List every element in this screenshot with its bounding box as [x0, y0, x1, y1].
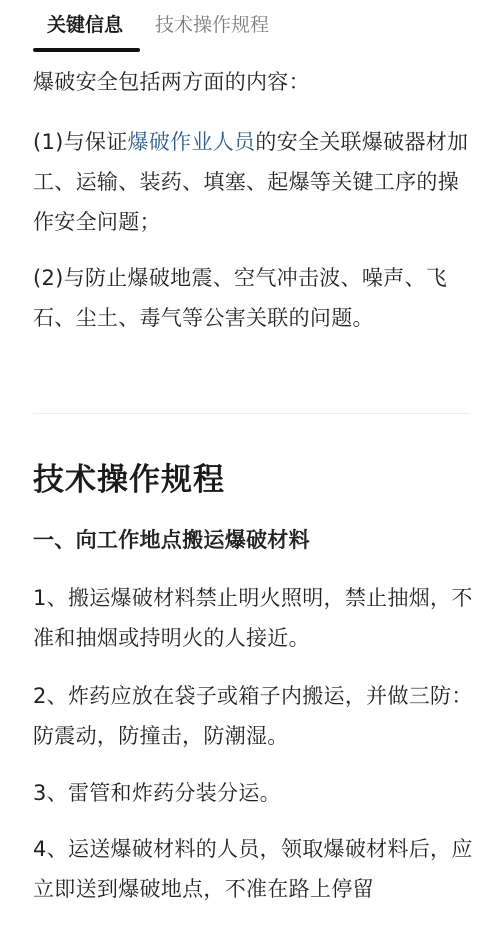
- key-info-item-1: (1)与保证爆破作业人员的安全关联爆破器材加工、运输、装药、填塞、起爆等关键工序…: [33, 122, 473, 242]
- tab-bar: 关键信息 技术操作规程: [0, 0, 500, 52]
- procedure-item-2: 2、炸药应放在袋子或箱子内搬运，并做三防：防震动，防撞击，防潮湿。: [33, 676, 473, 756]
- active-tab-indicator: [33, 48, 140, 52]
- section-divider: [33, 413, 470, 414]
- procedure-item-3: 3、雷管和炸药分装分运。: [33, 773, 473, 813]
- intro-text: 爆破安全包括两方面的内容：: [33, 62, 473, 102]
- key-info-item-2: (2)与防止爆破地震、空气冲击波、噪声、飞石、尘土、毒气等公害关联的问题。: [33, 258, 473, 338]
- section-title-procedures: 技术操作规程: [33, 458, 225, 502]
- tab-key-info[interactable]: 关键信息: [47, 12, 123, 38]
- procedure-item-4: 4、运送爆破材料的人员，领取爆破材料后，应立即送到爆破地点，不准在路上停留: [33, 829, 473, 909]
- section1-heading: 一、向工作地点搬运爆破材料: [33, 520, 310, 560]
- procedure-item-1: 1、搬运爆破材料禁止明火照明，禁止抽烟，不准和抽烟或持明火的人接近。: [33, 578, 473, 658]
- tab-technical-procedures[interactable]: 技术操作规程: [155, 12, 269, 38]
- blasting-personnel-link[interactable]: 爆破作业人员: [128, 130, 256, 154]
- item1-prefix: (1)与保证: [33, 130, 128, 154]
